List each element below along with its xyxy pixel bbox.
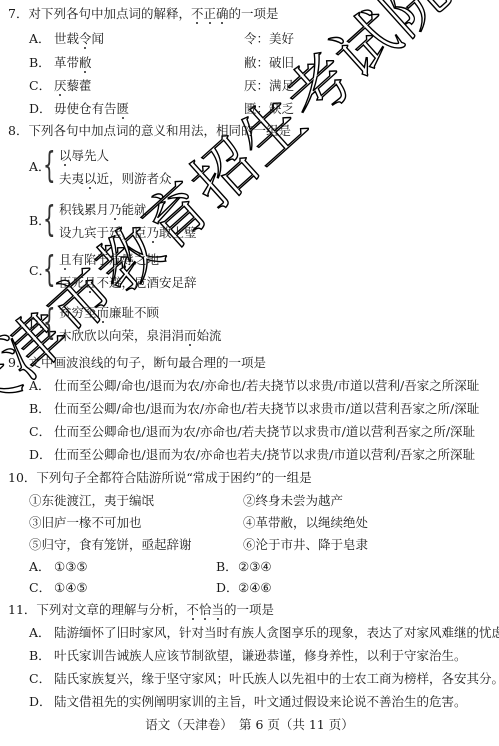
option-line-2: 设九宾于廷，臣乃敢上璧 (59, 223, 197, 241)
q9-stem: 9．文中画波浪线的句子，断句最合理的一项是 (8, 355, 266, 371)
q10-choice-d: D．②④⑥ (216, 580, 272, 596)
dotted-word: 厌 (54, 78, 67, 93)
option-label: D． (29, 694, 54, 710)
brace-icon: { (43, 146, 56, 186)
q7-option-c: C．厌藜藿 (29, 78, 92, 94)
q7-gloss-b: 敝：破旧 (244, 55, 294, 71)
option-label: A． (29, 625, 54, 641)
q11-option-b: B．叶氏家训告诫族人应该节制欲望，谦逊恭谨，修身养性，以利于守家治生。 (29, 648, 467, 664)
q7-gloss-d: 匮：缺乏 (244, 101, 294, 117)
option-text: 世载 (54, 31, 79, 46)
q9-option-b: B．仕而至公卿/命也/退而为农/亦命也/若夫挠节以求贵市/道以营利吾家之所/深耻 (29, 401, 479, 417)
q7-option-b: B．革带敝 (29, 55, 92, 71)
q7-stem: 7．对下列各句中加点词的解释，不正确的一项是 (8, 6, 279, 22)
q7-stem-text: 7．对下列各句中加点词的解释， (8, 6, 191, 21)
option-text: ①④⑤ (54, 580, 88, 595)
option-label: D． (29, 101, 54, 117)
option-label: D． (216, 580, 238, 596)
option-text: ②③④ (238, 559, 272, 574)
dotted-word: 令 (79, 31, 92, 46)
q10-item-1: ①东徙渡江，夷于编氓 (29, 493, 154, 509)
q9-option-d: D．仕而至公卿命也/退而为农/亦命也若夫/挠节以求贵/市道以营利/吾家之所深耻 (29, 447, 475, 463)
q11-option-c: C．陆氏家族复兴，缘于坚守家风；叶氏族人以先祖中的士农工商为榜样，各安其分。 (29, 671, 499, 687)
option-text: 仕而至公卿/命也/退而为农/亦命也/若夫挠节以求贵市/道以营利吾家之所/深耻 (54, 401, 479, 416)
brace-icon: { (43, 250, 56, 290)
q10-item-4: ④革带敝，以绳续绝处 (243, 515, 368, 531)
dotted-word: 敝 (79, 55, 92, 70)
q11-stem-tail: 的一项是 (224, 602, 274, 617)
option-text: ①③⑤ (54, 559, 88, 574)
q7-option-a: A．世载令闻 (29, 31, 104, 47)
option-label: C． (29, 580, 54, 596)
option-label: A． (29, 378, 54, 394)
page-footer: 语文（天津卷） 第 6 页（共 11 页） (0, 715, 499, 733)
q11-option-a: A．陆游缅怀了旧时家风，针对当时有族人贪图享乐的现象，表达了对家风难继的忧虑。 (29, 625, 499, 641)
option-line-1: 积钱累月乃能就 (59, 200, 147, 218)
q7-stem-tail: 的一项是 (229, 6, 279, 21)
option-label: C． (29, 671, 54, 687)
option-text: 仕而至公卿命也/退而为农/亦命也若夫/挠节以求贵/市道以营利/吾家之所深耻 (54, 447, 475, 462)
option-text: 革带 (54, 55, 79, 70)
q10-item-3: ③旧庐一椽不可加也 (29, 515, 142, 531)
brace-icon: { (43, 200, 56, 240)
option-text: ②④⑥ (238, 580, 272, 595)
option-label: D． (29, 447, 54, 463)
option-label: B． (29, 55, 54, 71)
q10-item-6: ⑥沦于市井、降于皂隶 (243, 537, 368, 553)
option-label: B． (29, 648, 54, 664)
q7-option-d: D．毋使仓有告匮 (29, 101, 129, 117)
option-label: C． (29, 78, 54, 94)
option-text: 陆文借祖先的实例阐明家训的主旨，叶文通过假设来论说不善治生的危害。 (54, 694, 467, 709)
option-text: 闻 (92, 31, 105, 46)
option-label: A． (29, 559, 54, 575)
option-line-2: 木欣欣以向荣，泉涓涓而始流 (59, 326, 222, 344)
brace-icon: { (43, 303, 56, 343)
q10-choice-c: C．①④⑤ (29, 580, 88, 596)
option-line-1: 以辱先人 (59, 146, 109, 164)
q10-choice-a: A．①③⑤ (29, 559, 88, 575)
option-text: 仕而至公卿/命也/退而为农/亦命也/若夫挠节以求贵/市道以营利/吾家之所深耻 (54, 378, 479, 393)
option-text: 陆游缅怀了旧时家风，针对当时有族人贪图享乐的现象，表达了对家风难继的忧虑。 (54, 625, 499, 640)
q10-stem: 10．下列句子全都符合陆游所说“常成于困约”的一组是 (8, 470, 312, 486)
option-label: A． (29, 31, 54, 47)
dotted-word: 匮 (117, 101, 130, 116)
option-text: 叶氏家训告诫族人应该节制欲望，谦逊恭谨，修身养性，以利于守家治生。 (54, 648, 467, 663)
q9-option-c: C．仕而至公卿命也/退而为农/亦命也/若夫挠节以求贵市/道以营利吾家之所/深耻 (29, 424, 475, 440)
q7-gloss-a: 令：美好 (244, 31, 294, 47)
option-label: B． (29, 401, 54, 417)
option-line-1: 贫穷至而廉耻不顾 (59, 303, 159, 321)
q10-choice-b: B．②③④ (216, 559, 272, 575)
q10-item-2: ②终身未尝为越产 (243, 493, 343, 509)
option-text: 毋使仓有告 (54, 101, 117, 116)
q11-option-d: D．陆文借祖先的实例阐明家训的主旨，叶文通过假设来论说不善治生的危害。 (29, 694, 467, 710)
option-label: C． (29, 424, 54, 440)
option-text: 仕而至公卿命也/退而为农/亦命也/若夫挠节以求贵市/道以营利吾家之所/深耻 (54, 424, 475, 439)
q10-item-5: ⑤归守，食有笼饼，亟起辞谢 (29, 537, 192, 553)
q11-stem: 11．下列对文章的理解与分析，不恰当的一项是 (8, 602, 274, 618)
option-text: 陆氏家族复兴，缘于坚守家风；叶氏族人以先祖中的士农工商为榜样，各安其分。 (54, 671, 499, 686)
option-label: B． (216, 559, 238, 575)
q7-stem-emphasis: 不正确 (191, 6, 229, 21)
option-line-1: 且有陷于危辱之地 (59, 250, 159, 268)
q8-stem: 8．下列各句中加点词的意义和用法，相同的一组是 (8, 123, 291, 139)
q11-stem-text: 11．下列对文章的理解与分析， (8, 602, 186, 617)
q11-stem-emphasis: 不恰当 (186, 602, 224, 617)
option-line-2: 臣死且不避，卮酒安足辞 (59, 273, 197, 291)
q7-gloss-c: 厌：满足 (244, 78, 294, 94)
q9-option-a: A．仕而至公卿/命也/退而为农/亦命也/若夫挠节以求贵/市道以营利/吾家之所深耻 (29, 378, 479, 394)
option-text: 藜藿 (67, 78, 92, 93)
option-line-2: 夫夷以近，则游者众 (59, 169, 172, 187)
